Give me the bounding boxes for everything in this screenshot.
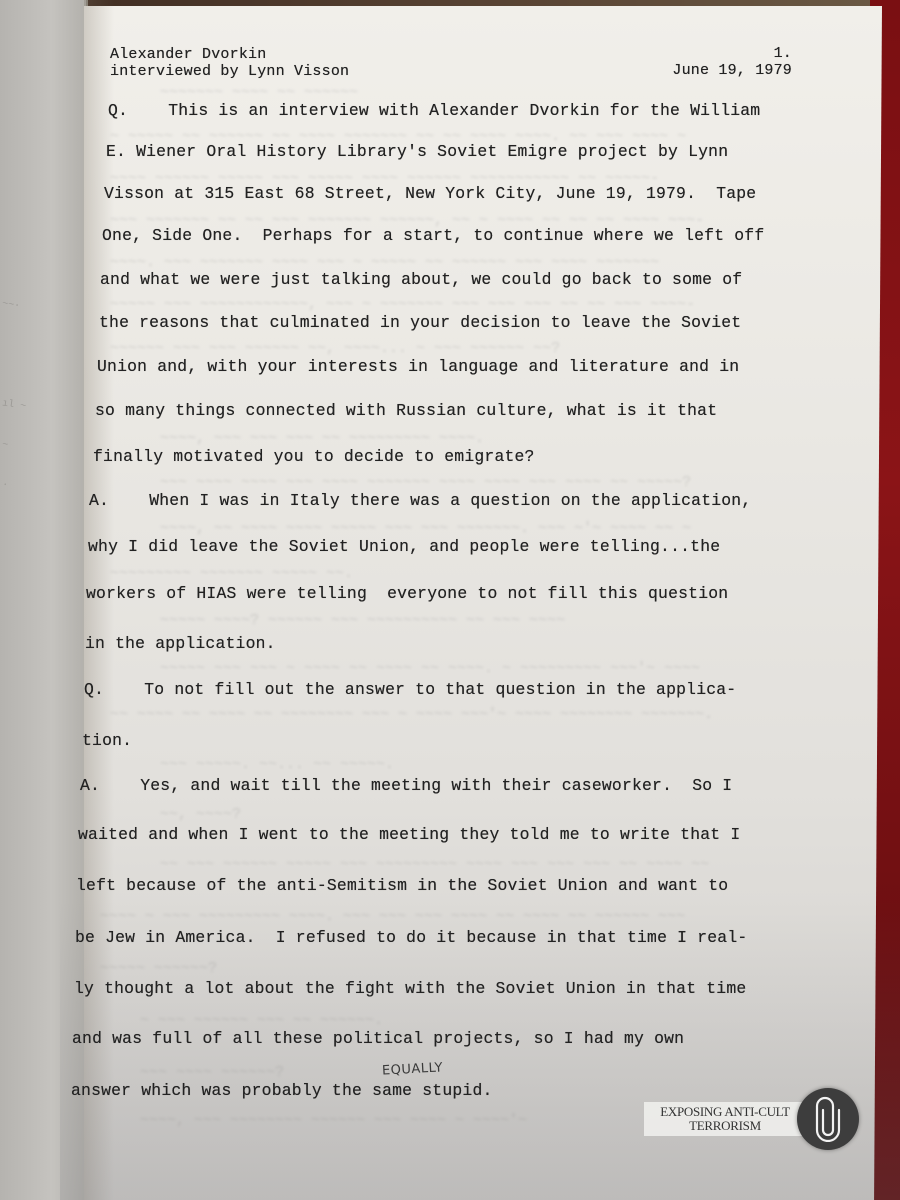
transcript-line: One, Side One. Perhaps for a start, to c…: [102, 226, 764, 245]
ghost-mark: ~: [1, 440, 8, 452]
ghost-mark: ıl ~: [1, 398, 26, 412]
transcript-line: tion.: [82, 731, 132, 750]
transcript-line: be Jew in America. I refused to do it be…: [75, 928, 747, 947]
previous-page-edge: ~~· ıl ~ ~ ·: [0, 0, 88, 1200]
transcript-line: answer which was probably the same stupi…: [71, 1081, 493, 1100]
ghost-mark: ~~·: [1, 299, 20, 312]
transcript-line: so many things connected with Russian cu…: [95, 401, 717, 420]
paperclip-icon: [813, 1096, 843, 1142]
transcript-line: A. Yes, and wait till the meeting with t…: [80, 776, 732, 795]
transcript-line: in the application.: [85, 634, 276, 653]
transcript-line: Q. To not fill out the answer to that qu…: [84, 680, 736, 699]
transcript-line: left because of the anti-Semitism in the…: [76, 876, 728, 895]
transcript-line: Union and, with your interests in langua…: [97, 357, 739, 376]
transcript-line: ly thought a lot about the fight with th…: [74, 979, 746, 998]
handwritten-annotation: EQUALLY: [382, 1060, 444, 1078]
watermark-badge: [797, 1088, 859, 1150]
transcript-line: A. When I was in Italy there was a quest…: [89, 491, 751, 510]
watermark-line-1: EXPOSING ANTI-CULT: [644, 1105, 806, 1119]
watermark-label: EXPOSING ANTI-CULT TERRORISM: [644, 1102, 806, 1136]
transcript-line: Visson at 315 East 68 Street, New York C…: [104, 184, 756, 203]
page-number: 1.: [700, 45, 792, 62]
transcript-line: and what we were just talking about, we …: [100, 270, 742, 289]
transcript-line: workers of HIAS were telling everyone to…: [86, 584, 728, 603]
interviewer-line: interviewed by Lynn Visson: [110, 63, 349, 80]
ghost-mark: ·: [1, 480, 8, 492]
interviewee-name: Alexander Dvorkin: [110, 46, 266, 63]
transcript-line: the reasons that culminated in your deci…: [99, 313, 741, 332]
transcript-line: waited and when I went to the meeting th…: [78, 825, 740, 844]
transcript-line: and was full of all these political proj…: [72, 1029, 684, 1048]
transcript-line: Q. This is an interview with Alexander D…: [108, 101, 760, 120]
transcript-line: finally motivated you to decide to emigr…: [93, 447, 535, 466]
watermark-line-2: TERRORISM: [644, 1119, 806, 1133]
transcript-line: why I did leave the Soviet Union, and pe…: [88, 537, 720, 556]
interview-date: June 19, 1979: [640, 62, 792, 79]
transcript-line: E. Wiener Oral History Library's Soviet …: [106, 142, 728, 161]
